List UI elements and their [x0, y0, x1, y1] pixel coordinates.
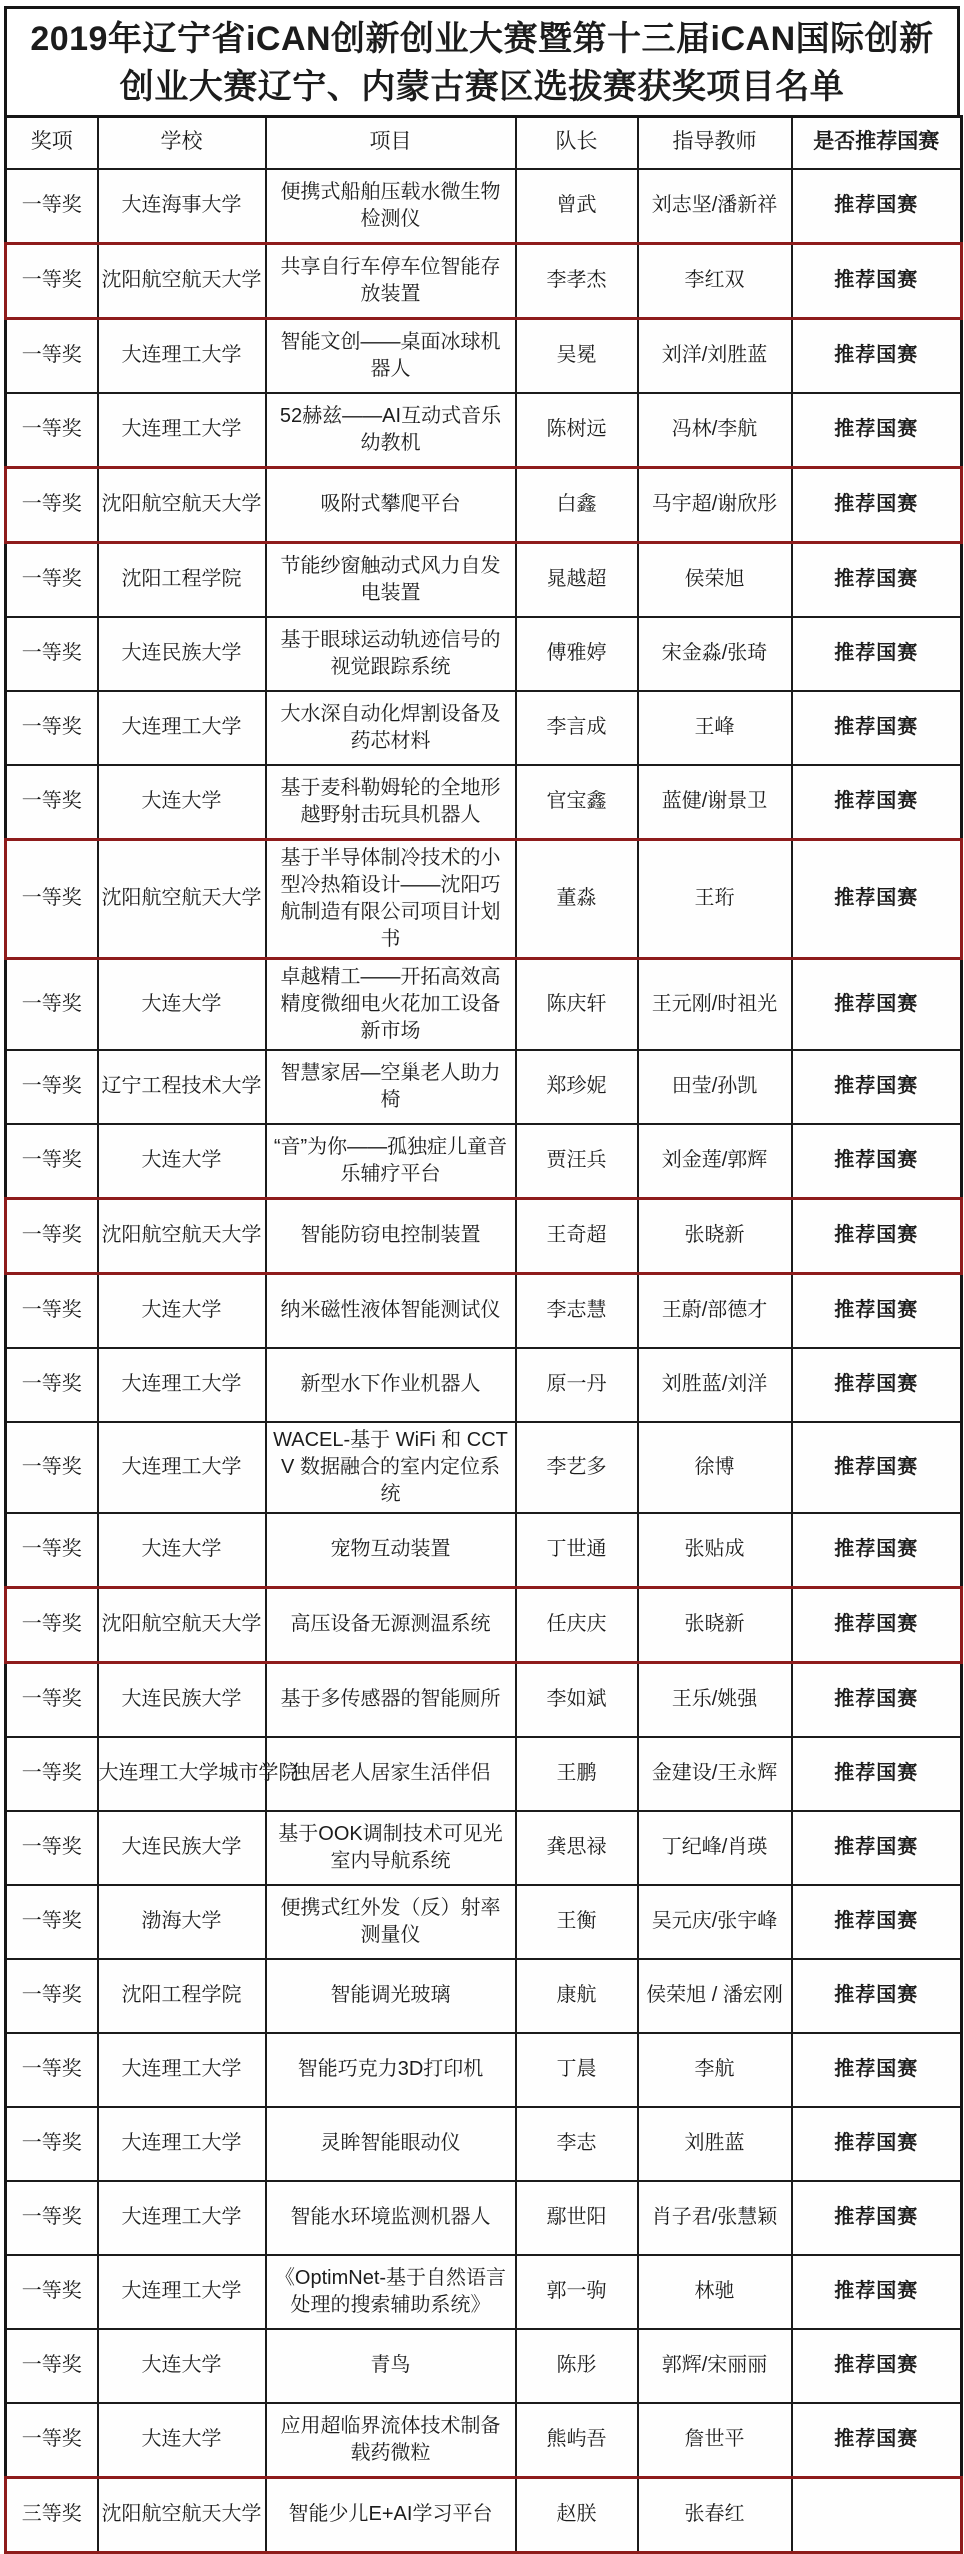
table-row: 一等奖大连大学基于麦科勒姆轮的全地形越野射击玩具机器人官宝鑫蓝健/谢景卫推荐国赛 — [6, 765, 962, 840]
cell-project: 应用超临界流体技术制备载药微粒 — [266, 2403, 516, 2478]
cell-project: 宠物互动装置 — [266, 1513, 516, 1588]
cell-school: 大连大学 — [98, 2403, 266, 2478]
table-row: 一等奖大连民族大学基于多传感器的智能厕所李如斌王乐/姚强推荐国赛 — [6, 1662, 962, 1737]
cell-school: 大连理工大学城市学院 — [98, 1737, 266, 1811]
cell-award: 一等奖 — [6, 1513, 98, 1588]
col-header-award: 奖项 — [6, 116, 98, 169]
cell-school: 大连理工大学 — [98, 2255, 266, 2329]
table-row: 一等奖沈阳工程学院智能调光玻璃康航侯荣旭 / 潘宏刚推荐国赛 — [6, 1959, 962, 2033]
cell-recommend: 推荐国赛 — [792, 1348, 962, 1422]
cell-recommend: 推荐国赛 — [792, 765, 962, 840]
cell-project: 灵眸智能眼动仪 — [266, 2107, 516, 2181]
cell-leader: 李言成 — [516, 691, 638, 765]
cell-school: 沈阳航空航天大学 — [98, 2477, 266, 2552]
cell-advisor: 刘胜蓝/刘洋 — [638, 1348, 792, 1422]
cell-award: 一等奖 — [6, 765, 98, 840]
cell-leader: 晁越超 — [516, 542, 638, 617]
table-row: 一等奖大连大学卓越精工——开拓高效高精度微细电火花加工设备新市场陈庆轩王元刚/时… — [6, 958, 962, 1050]
table-row: 一等奖大连大学应用超临界流体技术制备载药微粒熊屿吾詹世平推荐国赛 — [6, 2403, 962, 2478]
cell-advisor: 王蔚/部德才 — [638, 1273, 792, 1348]
cell-award: 一等奖 — [6, 839, 98, 958]
cell-school: 沈阳航空航天大学 — [98, 1198, 266, 1273]
cell-project: 便携式船舶压载水微生物检测仪 — [266, 169, 516, 244]
page-title: 2019年辽宁省iCAN创新创业大赛暨第十三届iCAN国际创新创业大赛辽宁、内蒙… — [4, 6, 960, 115]
awards-table: 奖项 学校 项目 队长 指导教师 是否推荐国赛 一等奖大连海事大学便携式船舶压载… — [4, 115, 963, 2554]
cell-school: 渤海大学 — [98, 1885, 266, 1959]
cell-school: 大连理工大学 — [98, 1348, 266, 1422]
cell-advisor: 王乐/姚强 — [638, 1662, 792, 1737]
cell-advisor: 郭辉/宋丽丽 — [638, 2329, 792, 2403]
cell-leader: 李如斌 — [516, 1662, 638, 1737]
cell-leader: 李志慧 — [516, 1273, 638, 1348]
cell-award: 一等奖 — [6, 2181, 98, 2255]
cell-school: 大连大学 — [98, 1273, 266, 1348]
cell-recommend — [792, 2477, 962, 2552]
cell-project: 智能水环境监测机器人 — [266, 2181, 516, 2255]
cell-recommend: 推荐国赛 — [792, 1513, 962, 1588]
cell-school: 大连民族大学 — [98, 1662, 266, 1737]
cell-award: 一等奖 — [6, 1811, 98, 1885]
col-header-project: 项目 — [266, 116, 516, 169]
cell-recommend: 推荐国赛 — [792, 2181, 962, 2255]
cell-award: 一等奖 — [6, 1737, 98, 1811]
cell-project: 新型水下作业机器人 — [266, 1348, 516, 1422]
cell-advisor: 肖子君/张慧颖 — [638, 2181, 792, 2255]
cell-award: 三等奖 — [6, 2477, 98, 2552]
table-row: 一等奖大连海事大学便携式船舶压载水微生物检测仪曾武刘志坚/潘新祥推荐国赛 — [6, 169, 962, 244]
cell-advisor: 李航 — [638, 2033, 792, 2107]
cell-advisor: 张贴成 — [638, 1513, 792, 1588]
cell-award: 一等奖 — [6, 318, 98, 393]
cell-award: 一等奖 — [6, 958, 98, 1050]
cell-recommend: 推荐国赛 — [792, 2033, 962, 2107]
cell-advisor: 田莹/孙凯 — [638, 1050, 792, 1124]
cell-award: 一等奖 — [6, 1050, 98, 1124]
table-row: 一等奖大连理工大学智能巧克力3D打印机丁晨李航推荐国赛 — [6, 2033, 962, 2107]
cell-advisor: 张晓新 — [638, 1198, 792, 1273]
cell-recommend: 推荐国赛 — [792, 169, 962, 244]
cell-leader: 贾汪兵 — [516, 1124, 638, 1199]
cell-leader: 白鑫 — [516, 467, 638, 542]
cell-leader: 丁晨 — [516, 2033, 638, 2107]
cell-advisor: 刘胜蓝 — [638, 2107, 792, 2181]
table-row: 一等奖大连民族大学基于OOK调制技术可见光室内导航系统龚思禄丁纪峰/肖瑛推荐国赛 — [6, 1811, 962, 1885]
cell-project: 基于麦科勒姆轮的全地形越野射击玩具机器人 — [266, 765, 516, 840]
table-header: 奖项 学校 项目 队长 指导教师 是否推荐国赛 — [6, 116, 962, 169]
cell-leader: 李志 — [516, 2107, 638, 2181]
cell-project: 便携式红外发（反）射率测量仪 — [266, 1885, 516, 1959]
cell-recommend: 推荐国赛 — [792, 1198, 962, 1273]
cell-leader: 傅雅婷 — [516, 617, 638, 691]
cell-project: 基于多传感器的智能厕所 — [266, 1662, 516, 1737]
cell-project: 独居老人居家生活伴侣 — [266, 1737, 516, 1811]
cell-advisor: 刘志坚/潘新祥 — [638, 169, 792, 244]
cell-advisor: 詹世平 — [638, 2403, 792, 2478]
cell-recommend: 推荐国赛 — [792, 958, 962, 1050]
cell-project: 《OptimNet-基于自然语言处理的搜索辅助系统》 — [266, 2255, 516, 2329]
cell-recommend: 推荐国赛 — [792, 2403, 962, 2478]
cell-project: 智能调光玻璃 — [266, 1959, 516, 2033]
cell-recommend: 推荐国赛 — [792, 467, 962, 542]
col-header-leader: 队长 — [516, 116, 638, 169]
award-list-page: 2019年辽宁省iCAN创新创业大赛暨第十三届iCAN国际创新创业大赛辽宁、内蒙… — [4, 0, 960, 2554]
cell-advisor: 冯林/李航 — [638, 393, 792, 468]
cell-school: 大连理工大学 — [98, 691, 266, 765]
table-row: 一等奖大连理工大学《OptimNet-基于自然语言处理的搜索辅助系统》郭一驹林驰… — [6, 2255, 962, 2329]
cell-leader: 陈庆轩 — [516, 958, 638, 1050]
table-row: 一等奖沈阳航空航天大学吸附式攀爬平台白鑫马宇超/谢欣彤推荐国赛 — [6, 467, 962, 542]
cell-award: 一等奖 — [6, 169, 98, 244]
cell-recommend: 推荐国赛 — [792, 2255, 962, 2329]
cell-project: 52赫兹——AI互动式音乐幼教机 — [266, 393, 516, 468]
cell-leader: 李艺多 — [516, 1422, 638, 1513]
table-row: 一等奖沈阳工程学院节能纱窗触动式风力自发电装置晁越超侯荣旭推荐国赛 — [6, 542, 962, 617]
table-body: 一等奖大连海事大学便携式船舶压载水微生物检测仪曾武刘志坚/潘新祥推荐国赛一等奖沈… — [6, 169, 962, 2553]
cell-project: 智能巧克力3D打印机 — [266, 2033, 516, 2107]
cell-recommend: 推荐国赛 — [792, 1885, 962, 1959]
cell-advisor: 丁纪峰/肖瑛 — [638, 1811, 792, 1885]
cell-advisor: 王元刚/时祖光 — [638, 958, 792, 1050]
cell-project: 基于OOK调制技术可见光室内导航系统 — [266, 1811, 516, 1885]
cell-project: 智能文创——桌面冰球机器人 — [266, 318, 516, 393]
cell-project: “音”为你——孤独症儿童音乐辅疗平台 — [266, 1124, 516, 1199]
cell-recommend: 推荐国赛 — [792, 318, 962, 393]
cell-leader: 吴冕 — [516, 318, 638, 393]
cell-advisor: 刘洋/刘胜蓝 — [638, 318, 792, 393]
cell-advisor: 王珩 — [638, 839, 792, 958]
cell-school: 沈阳航空航天大学 — [98, 243, 266, 318]
cell-project: 吸附式攀爬平台 — [266, 467, 516, 542]
cell-award: 一等奖 — [6, 1662, 98, 1737]
cell-leader: 鄢世阳 — [516, 2181, 638, 2255]
cell-leader: 郭一驹 — [516, 2255, 638, 2329]
cell-school: 沈阳工程学院 — [98, 1959, 266, 2033]
table-row: 一等奖大连理工大学WACEL-基于 WiFi 和 CCTV 数据融合的室内定位系… — [6, 1422, 962, 1513]
table-row: 一等奖辽宁工程技术大学智慧家居—空巢老人助力椅郑珍妮田莹/孙凯推荐国赛 — [6, 1050, 962, 1124]
cell-advisor: 侯荣旭 / 潘宏刚 — [638, 1959, 792, 2033]
cell-award: 一等奖 — [6, 2403, 98, 2478]
cell-recommend: 推荐国赛 — [792, 1662, 962, 1737]
table-row: 一等奖沈阳航空航天大学智能防窃电控制装置王奇超张晓新推荐国赛 — [6, 1198, 962, 1273]
cell-project: 智能少儿E+AI学习平台 — [266, 2477, 516, 2552]
cell-recommend: 推荐国赛 — [792, 691, 962, 765]
cell-award: 一等奖 — [6, 1885, 98, 1959]
table-row: 一等奖大连大学宠物互动装置丁世通张贴成推荐国赛 — [6, 1513, 962, 1588]
table-row: 一等奖大连大学青鸟陈彤郭辉/宋丽丽推荐国赛 — [6, 2329, 962, 2403]
cell-leader: 官宝鑫 — [516, 765, 638, 840]
cell-project: 大水深自动化焊割设备及药芯材料 — [266, 691, 516, 765]
cell-project: 卓越精工——开拓高效高精度微细电火花加工设备新市场 — [266, 958, 516, 1050]
cell-school: 大连大学 — [98, 1124, 266, 1199]
cell-leader: 王鹏 — [516, 1737, 638, 1811]
table-row: 一等奖大连理工大学52赫兹——AI互动式音乐幼教机陈树远冯林/李航推荐国赛 — [6, 393, 962, 468]
col-header-school: 学校 — [98, 116, 266, 169]
cell-school: 沈阳航空航天大学 — [98, 839, 266, 958]
cell-school: 沈阳航空航天大学 — [98, 1587, 266, 1662]
cell-advisor: 吴元庆/张宇峰 — [638, 1885, 792, 1959]
cell-project: 青鸟 — [266, 2329, 516, 2403]
cell-school: 大连大学 — [98, 2329, 266, 2403]
table-row: 一等奖大连理工大学新型水下作业机器人原一丹刘胜蓝/刘洋推荐国赛 — [6, 1348, 962, 1422]
cell-advisor: 李红双 — [638, 243, 792, 318]
cell-school: 沈阳航空航天大学 — [98, 467, 266, 542]
cell-award: 一等奖 — [6, 467, 98, 542]
cell-advisor: 王峰 — [638, 691, 792, 765]
cell-school: 大连大学 — [98, 958, 266, 1050]
cell-leader: 曾武 — [516, 169, 638, 244]
col-header-advisor: 指导教师 — [638, 116, 792, 169]
col-header-recommend: 是否推荐国赛 — [792, 116, 962, 169]
cell-recommend: 推荐国赛 — [792, 243, 962, 318]
cell-project: 共享自行车停车位智能存放装置 — [266, 243, 516, 318]
table-row: 一等奖沈阳航空航天大学共享自行车停车位智能存放装置李孝杰李红双推荐国赛 — [6, 243, 962, 318]
cell-advisor: 张晓新 — [638, 1587, 792, 1662]
cell-award: 一等奖 — [6, 2033, 98, 2107]
cell-award: 一等奖 — [6, 2329, 98, 2403]
cell-school: 大连民族大学 — [98, 1811, 266, 1885]
table-row: 一等奖大连理工大学城市学院独居老人居家生活伴侣王鹏金建设/王永辉推荐国赛 — [6, 1737, 962, 1811]
cell-leader: 龚思禄 — [516, 1811, 638, 1885]
cell-project: 智慧家居—空巢老人助力椅 — [266, 1050, 516, 1124]
cell-award: 一等奖 — [6, 1198, 98, 1273]
cell-award: 一等奖 — [6, 1422, 98, 1513]
cell-leader: 原一丹 — [516, 1348, 638, 1422]
cell-school: 大连理工大学 — [98, 2033, 266, 2107]
cell-leader: 郑珍妮 — [516, 1050, 638, 1124]
cell-award: 一等奖 — [6, 1587, 98, 1662]
cell-project: 基于眼球运动轨迹信号的视觉跟踪系统 — [266, 617, 516, 691]
table-row: 一等奖大连理工大学智能水环境监测机器人鄢世阳肖子君/张慧颖推荐国赛 — [6, 2181, 962, 2255]
cell-leader: 王奇超 — [516, 1198, 638, 1273]
header-row: 奖项 学校 项目 队长 指导教师 是否推荐国赛 — [6, 116, 962, 169]
cell-leader: 丁世通 — [516, 1513, 638, 1588]
table-row: 一等奖大连大学纳米磁性液体智能测试仪李志慧王蔚/部德才推荐国赛 — [6, 1273, 962, 1348]
cell-advisor: 金建设/王永辉 — [638, 1737, 792, 1811]
cell-project: 智能防窃电控制装置 — [266, 1198, 516, 1273]
cell-recommend: 推荐国赛 — [792, 1959, 962, 2033]
cell-project: 基于半导体制冷技术的小型冷热箱设计——沈阳巧航制造有限公司项目计划书 — [266, 839, 516, 958]
cell-leader: 赵朕 — [516, 2477, 638, 2552]
cell-recommend: 推荐国赛 — [792, 617, 962, 691]
cell-school: 大连理工大学 — [98, 1422, 266, 1513]
cell-award: 一等奖 — [6, 243, 98, 318]
cell-advisor: 宋金淼/张琦 — [638, 617, 792, 691]
cell-award: 一等奖 — [6, 1959, 98, 2033]
cell-school: 大连民族大学 — [98, 617, 266, 691]
cell-award: 一等奖 — [6, 1348, 98, 1422]
cell-school: 大连理工大学 — [98, 393, 266, 468]
cell-leader: 王衡 — [516, 1885, 638, 1959]
table-row: 一等奖渤海大学便携式红外发（反）射率测量仪王衡吴元庆/张宇峰推荐国赛 — [6, 1885, 962, 1959]
table-row: 三等奖沈阳航空航天大学智能少儿E+AI学习平台赵朕张春红 — [6, 2477, 962, 2552]
cell-leader: 李孝杰 — [516, 243, 638, 318]
cell-award: 一等奖 — [6, 2255, 98, 2329]
cell-school: 大连理工大学 — [98, 2181, 266, 2255]
cell-recommend: 推荐国赛 — [792, 1422, 962, 1513]
cell-advisor: 马宇超/谢欣彤 — [638, 467, 792, 542]
cell-recommend: 推荐国赛 — [792, 1124, 962, 1199]
cell-recommend: 推荐国赛 — [792, 2107, 962, 2181]
cell-school: 辽宁工程技术大学 — [98, 1050, 266, 1124]
table-row: 一等奖沈阳航空航天大学基于半导体制冷技术的小型冷热箱设计——沈阳巧航制造有限公司… — [6, 839, 962, 958]
cell-advisor: 张春红 — [638, 2477, 792, 2552]
cell-award: 一等奖 — [6, 1273, 98, 1348]
table-row: 一等奖沈阳航空航天大学高压设备无源测温系统任庆庆张晓新推荐国赛 — [6, 1587, 962, 1662]
cell-school: 大连理工大学 — [98, 318, 266, 393]
cell-project: 纳米磁性液体智能测试仪 — [266, 1273, 516, 1348]
cell-advisor: 林驰 — [638, 2255, 792, 2329]
cell-recommend: 推荐国赛 — [792, 1273, 962, 1348]
cell-recommend: 推荐国赛 — [792, 839, 962, 958]
cell-leader: 熊屿吾 — [516, 2403, 638, 2478]
cell-school: 大连理工大学 — [98, 2107, 266, 2181]
table-row: 一等奖大连理工大学灵眸智能眼动仪李志刘胜蓝推荐国赛 — [6, 2107, 962, 2181]
cell-recommend: 推荐国赛 — [792, 2329, 962, 2403]
cell-leader: 董淼 — [516, 839, 638, 958]
cell-leader: 任庆庆 — [516, 1587, 638, 1662]
cell-leader: 康航 — [516, 1959, 638, 2033]
cell-award: 一等奖 — [6, 542, 98, 617]
cell-project: 节能纱窗触动式风力自发电装置 — [266, 542, 516, 617]
cell-recommend: 推荐国赛 — [792, 1050, 962, 1124]
table-row: 一等奖大连理工大学智能文创——桌面冰球机器人吴冕刘洋/刘胜蓝推荐国赛 — [6, 318, 962, 393]
cell-award: 一等奖 — [6, 393, 98, 468]
table-row: 一等奖大连大学“音”为你——孤独症儿童音乐辅疗平台贾汪兵刘金莲/郭辉推荐国赛 — [6, 1124, 962, 1199]
cell-school: 大连海事大学 — [98, 169, 266, 244]
cell-leader: 陈树远 — [516, 393, 638, 468]
cell-award: 一等奖 — [6, 617, 98, 691]
cell-school: 大连大学 — [98, 765, 266, 840]
cell-recommend: 推荐国赛 — [792, 542, 962, 617]
cell-recommend: 推荐国赛 — [792, 393, 962, 468]
cell-recommend: 推荐国赛 — [792, 1587, 962, 1662]
cell-advisor: 蓝健/谢景卫 — [638, 765, 792, 840]
cell-project: 高压设备无源测温系统 — [266, 1587, 516, 1662]
cell-recommend: 推荐国赛 — [792, 1737, 962, 1811]
cell-award: 一等奖 — [6, 691, 98, 765]
cell-school: 大连大学 — [98, 1513, 266, 1588]
cell-award: 一等奖 — [6, 2107, 98, 2181]
cell-advisor: 刘金莲/郭辉 — [638, 1124, 792, 1199]
table-row: 一等奖大连民族大学基于眼球运动轨迹信号的视觉跟踪系统傅雅婷宋金淼/张琦推荐国赛 — [6, 617, 962, 691]
table-row: 一等奖大连理工大学大水深自动化焊割设备及药芯材料李言成王峰推荐国赛 — [6, 691, 962, 765]
cell-recommend: 推荐国赛 — [792, 1811, 962, 1885]
cell-project: WACEL-基于 WiFi 和 CCTV 数据融合的室内定位系统 — [266, 1422, 516, 1513]
cell-school: 沈阳工程学院 — [98, 542, 266, 617]
cell-advisor: 徐博 — [638, 1422, 792, 1513]
cell-advisor: 侯荣旭 — [638, 542, 792, 617]
cell-award: 一等奖 — [6, 1124, 98, 1199]
cell-leader: 陈彤 — [516, 2329, 638, 2403]
